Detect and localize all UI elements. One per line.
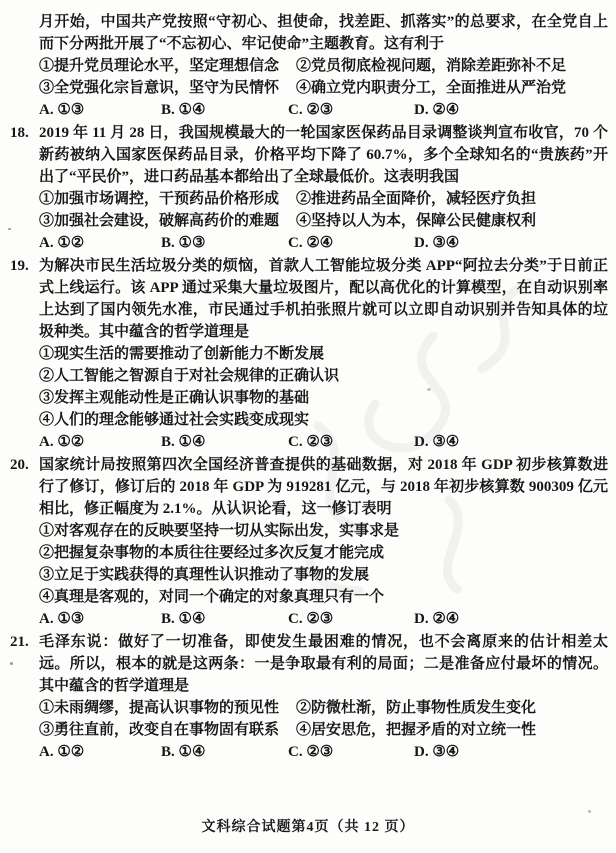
option-1: ①提升党员理论水平，坚定理想信念: [39, 55, 296, 77]
option-row: ③全党强化宗旨意识，坚守为民情怀 ④确立党内职责分工，全面推进从严治党: [39, 77, 608, 99]
option-4: ④确立党内职责分工，全面推进从严治党: [296, 77, 608, 99]
answer-b: B. ①④: [161, 99, 288, 121]
option-row: ③加强社会建设，破解高药价的难题 ④坚持以人为本，保障公民健康权利: [39, 210, 608, 232]
option-3: ③立足于实践获得的真理性认识推动了事物的发展: [39, 564, 608, 586]
answer-c: C. ②③: [288, 99, 414, 121]
answer-c: C. ②④: [288, 232, 414, 254]
option-row: ③勇往直前，改变自在事物固有联系 ④居安思危，把握矛盾的对立统一性: [39, 719, 608, 741]
scan-speck: [588, 810, 591, 813]
scan-speck: [427, 388, 431, 391]
question-18: 18. 2019 年 11 月 28 日，我国规模最大的一轮国家医保药品目录调整…: [10, 122, 608, 254]
answer-d: D. ②④: [414, 99, 608, 121]
answer-c: C. ②③: [288, 741, 414, 763]
question-number: 19.: [10, 255, 39, 277]
answer-row: A. ①② B. ①④ C. ②③ D. ③④: [39, 741, 608, 763]
option-4: ④居安思危，把握矛盾的对立统一性: [296, 719, 608, 741]
answer-a: A. ①②: [39, 431, 161, 453]
option-row: ①提升党员理论水平，坚定理想信念 ②党员彻底检视问题，消除差距弥补不足: [39, 55, 608, 77]
answer-d: D. ③④: [414, 232, 608, 254]
option-1: ①未雨绸缪，提高认识事物的预见性: [39, 697, 296, 719]
answer-row: A. ①③ B. ①④ C. ②③ D. ②④: [39, 608, 608, 630]
question-17-continuation: 月开始，中国共产党按照“守初心、担使命，找差距、抓落实”的总要求，在全党自上而下…: [10, 11, 608, 121]
option-2: ②防微杜渐，防止事物性质发生变化: [296, 697, 608, 719]
answer-a: A. ①②: [39, 232, 161, 254]
option-4: ④坚持以人为本，保障公民健康权利: [296, 210, 608, 232]
option-3: ③发挥主观能动性是正确认识事物的基础: [39, 387, 608, 409]
option-1: ①加强市场调控，干预药品价格形成: [39, 188, 296, 210]
option-row: ①加强市场调控，干预药品价格形成 ②推进药品全面降价，减轻医疗负担: [39, 188, 608, 210]
exam-page: 月开始，中国共产党按照“守初心、担使命，找差距、抓落实”的总要求，在全党自上而下…: [0, 0, 616, 853]
answer-row: A. ①② B. ①④ C. ②③ D. ③④: [39, 431, 608, 453]
answer-row: A. ①② B. ①③ C. ②④ D. ③④: [39, 232, 608, 254]
answer-d: D. ③④: [414, 741, 608, 763]
answer-b: B. ①③: [161, 232, 288, 254]
option-2: ②党员彻底检视问题，消除差距弥补不足: [296, 55, 608, 77]
page-footer: 文科综合试题第4页（共 12 页）: [0, 817, 616, 839]
page-content: 月开始，中国共产党按照“守初心、担使命，找差距、抓落实”的总要求，在全党自上而下…: [10, 11, 608, 763]
answer-d: D. ③④: [414, 431, 608, 453]
option-1: ①对客观存在的反映要坚持一切从实际出发，实事求是: [39, 520, 608, 542]
answer-a: A. ①③: [39, 608, 161, 630]
question-stem: 为解决市民生活垃圾分类的烦恼，首款人工智能垃圾分类 APP“阿拉去分类”于日前正…: [39, 255, 608, 343]
answer-b: B. ①④: [161, 741, 288, 763]
answer-c: C. ②③: [288, 608, 414, 630]
answer-row: A. ①③ B. ①④ C. ②③ D. ②④: [39, 99, 608, 121]
option-2: ②人工智能之智源自于对社会规律的正确认识: [39, 365, 608, 387]
answer-c: C. ②③: [288, 431, 414, 453]
option-2: ②推进药品全面降价，减轻医疗负担: [296, 188, 608, 210]
answer-d: D. ②④: [414, 608, 608, 630]
question-stem: 国家统计局按照第四次全国经济普查提供的基础数据，对 2018 年 GDP 初步核…: [39, 454, 608, 520]
answer-b: B. ①④: [161, 431, 288, 453]
option-3: ③全党强化宗旨意识，坚守为民情怀: [39, 77, 296, 99]
option-3: ③加强社会建设，破解高药价的难题: [39, 210, 296, 232]
question-stem: 毛泽东说：做好了一切准备，即使发生最困难的情况，也不会离原来的估计相差太远。所以…: [39, 631, 608, 697]
option-4: ④真理是客观的，对同一个确定的对象真理只有一个: [39, 586, 608, 608]
question-20: 20. 国家统计局按照第四次全国经济普查提供的基础数据，对 2018 年 GDP…: [10, 454, 608, 630]
answer-a: A. ①②: [39, 741, 161, 763]
option-2: ②把握复杂事物的本质往往要经过多次反复才能完成: [39, 542, 608, 564]
answer-a: A. ①③: [39, 99, 161, 121]
option-1: ①现实生活的需要推动了创新能力不断发展: [39, 343, 608, 365]
option-3: ③勇往直前，改变自在事物固有联系: [39, 719, 296, 741]
question-number: 18.: [10, 122, 39, 144]
option-4: ④人们的理念能够通过社会实践变成现实: [39, 409, 608, 431]
question-stem: 2019 年 11 月 28 日，我国规模最大的一轮国家医保药品目录调整谈判宣布…: [39, 122, 608, 188]
option-row: ①未雨绸缪，提高认识事物的预见性 ②防微杜渐，防止事物性质发生变化: [39, 697, 608, 719]
question-19: 19. 为解决市民生活垃圾分类的烦恼，首款人工智能垃圾分类 APP“阿拉去分类”…: [10, 255, 608, 453]
question-stem: 月开始，中国共产党按照“守初心、担使命，找差距、抓落实”的总要求，在全党自上而下…: [39, 11, 608, 55]
question-number: 20.: [10, 454, 39, 476]
answer-b: B. ①④: [161, 608, 288, 630]
question-21: 21. 毛泽东说：做好了一切准备，即使发生最困难的情况，也不会离原来的估计相差太…: [10, 631, 608, 763]
scan-speck: [8, 228, 11, 230]
scan-speck: [10, 662, 13, 665]
question-number: 21.: [10, 631, 39, 653]
